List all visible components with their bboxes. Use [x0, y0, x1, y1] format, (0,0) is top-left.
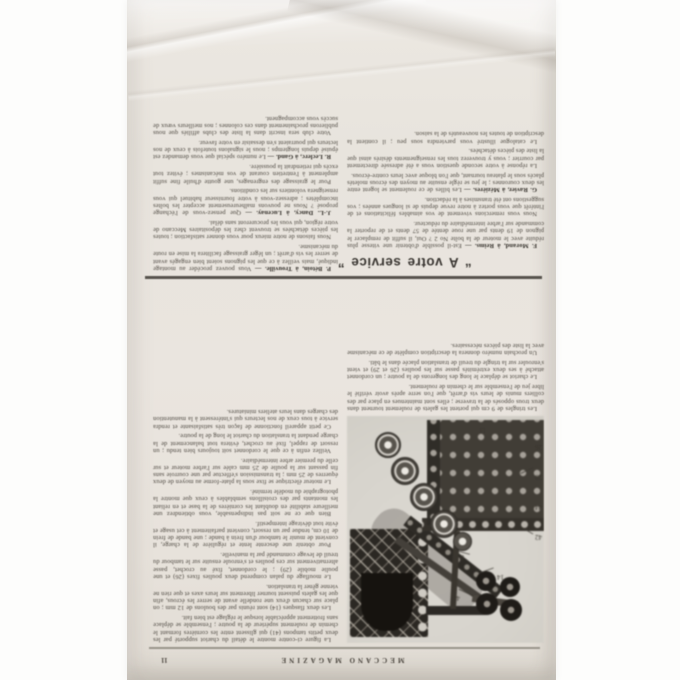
paragraph: Nous vous remercions vivement de vos aim… [347, 196, 544, 218]
pulley [375, 432, 401, 458]
paragraph: Le mouflage du palan comprend deux pouli… [153, 551, 338, 580]
pulley [410, 483, 438, 511]
part-label: 14 [497, 573, 504, 580]
paragraph: Le catalogue illustré vous parviendra so… [347, 130, 544, 145]
paragraph: Ce petit appareil fonctionne de façon tr… [153, 408, 338, 430]
meccano-model-photo: 41 14 8 42 44 29 26 11 [347, 416, 544, 643]
pulley [430, 510, 458, 538]
trolley-wheel [476, 593, 498, 615]
service-section: “ A votre service ” F. Morand, à Reims. … [153, 32, 544, 272]
page-number: 11 [161, 656, 168, 664]
paragraph: Les deux flasques (14) sont réunis par d… [153, 583, 338, 612]
part-label: 29 [535, 473, 542, 480]
hole-column [416, 529, 429, 635]
photo-backdrop: { "doc": { "header": { "magazine": "MECC… [0, 0, 680, 680]
top-left-column: 41 14 8 42 44 29 26 11 Les tringles de 9… [347, 281, 544, 643]
paragraph: Les tringles de 9 cm qui portent les gal… [347, 383, 544, 412]
part-label: 26 [535, 443, 542, 450]
paragraph: Nous faisons de notre mieux pour vous do… [153, 219, 338, 241]
paragraph: La figure ci-contre montre le détail du … [153, 614, 338, 643]
part-label: 42 [535, 533, 542, 540]
paragraph: Bien que ce ne soit pas indispensable, v… [153, 488, 338, 517]
trolley-wheel [500, 599, 522, 621]
paragraph: R. Leclerc, à Gand. — Le numéro spécial … [153, 139, 338, 161]
magazine-title: MECCANO MAGAZINE [127, 656, 556, 664]
top-left-text: Les tringles de 9 cm qui portent les gal… [347, 342, 544, 412]
paragraph: Le chariot se déplace le long des longer… [347, 359, 544, 381]
paragraph: Un prochain numéro donnera la descriptio… [347, 342, 544, 357]
part-label: 8 [461, 553, 465, 560]
paragraph: Pour le graissage des engrenages, une go… [153, 163, 338, 185]
pulley [391, 457, 419, 485]
paragraph: G. Ravier, à Mézières. — Les billes de c… [347, 172, 544, 194]
service-headline: “ A votre service ” [306, 255, 503, 270]
paragraph: Pour obtenir une descente lente et régul… [153, 520, 338, 549]
header-rule [149, 647, 540, 649]
part-label: 44 [535, 503, 542, 510]
paragraph: F. Morand, à Reims. — Est-il possible d'… [347, 220, 544, 249]
page-content-upside-down: MECCANO MAGAZINE 11 [127, 0, 556, 680]
dark-arch-opening [361, 573, 413, 631]
top-section: 41 14 8 42 44 29 26 11 Les tringles de 9… [153, 281, 544, 643]
part-label: 11 [479, 426, 486, 433]
service-left-column: “ A votre service ” F. Morand, à Reims. … [347, 32, 544, 272]
photograph-of-magazine-page: MECCANO MAGAZINE 11 [0, 0, 680, 680]
paragraph: La réponse à votre seconde question vous… [347, 147, 544, 169]
magazine-page: MECCANO MAGAZINE 11 [127, 0, 556, 680]
trolley-wheel [476, 571, 496, 591]
paragraph: J.-L. Dancy, à Lucenay. — Que pensez-vou… [153, 187, 338, 216]
top-right-column: La figure ci-contre montre le détail du … [153, 281, 338, 643]
pulley [453, 532, 472, 551]
paragraph: Le moteur électrique se fixe sous la pla… [153, 457, 338, 486]
service-right-column: P. Bétoin, à Trouville. — Vous pouvez pr… [153, 32, 338, 272]
paragraph: Veillez enfin à ce que le cordonnet soit… [153, 432, 338, 454]
service-left-text: F. Morand, à Reims. — Est-il possible d'… [347, 130, 544, 249]
part-label: 41 [453, 594, 460, 601]
paragraph: Votre club sera inscrit dans la liste de… [153, 115, 338, 137]
section-divider-rule [145, 276, 542, 279]
